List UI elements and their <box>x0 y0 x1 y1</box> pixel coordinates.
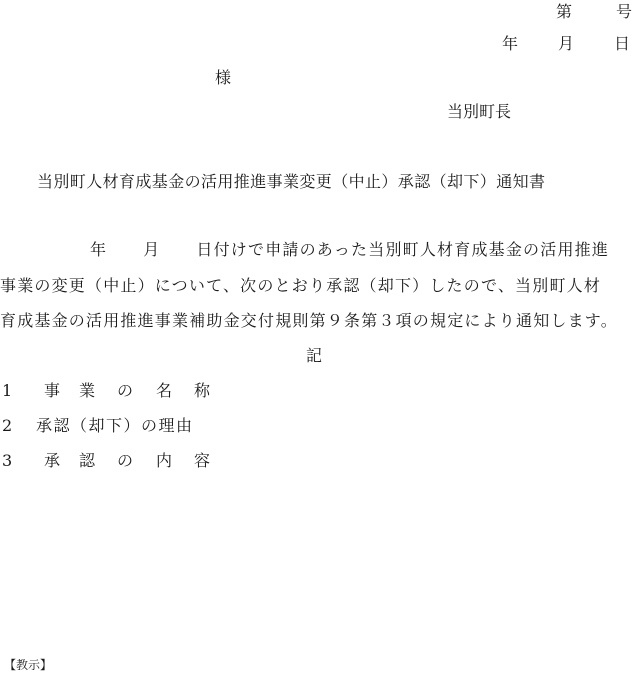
footer-note-text: 【教示】 <box>4 658 52 672</box>
item-1: 1 事 業 の 名 称 <box>2 381 220 401</box>
body-line-1-text: 日付けで申請のあった当別町人材育成基金の活用推進 <box>196 240 609 259</box>
item-2-number: 2 <box>2 416 36 436</box>
sender: 当別町長 <box>447 102 511 122</box>
item-1-number: 1 <box>2 381 36 401</box>
body-line-3-text: 育成基金の活用推進事業補助金交付規則第９条第３項の規定により通知します。 <box>0 311 618 330</box>
item-3: 3 承 認 の 内 容 <box>2 451 220 471</box>
date-year: 年 <box>502 34 518 53</box>
body-line-2: 事業の変更（中止）について、次のとおり承認（却下）したので、当別町人材 <box>0 276 601 296</box>
document-title: 当別町人材育成基金の活用推進事業変更（中止）承認（却下）通知書 <box>37 172 545 192</box>
item-3-char: 認 <box>68 451 106 471</box>
item-1-char: 称 <box>184 381 220 401</box>
number-suffix: 号 <box>616 2 632 21</box>
ki-text: 記 <box>306 346 322 365</box>
item-3-char: 容 <box>184 451 220 471</box>
item-1-char: 業 <box>68 381 106 401</box>
body-month: 月 <box>143 240 160 259</box>
item-3-number: 3 <box>2 451 36 471</box>
item-3-char: の <box>106 451 144 471</box>
item-1-char: 事 <box>36 381 68 401</box>
footer-note: 【教示】 <box>4 657 52 673</box>
date-month: 月 <box>558 34 574 53</box>
body-year: 年 <box>90 240 107 259</box>
issue-date: 年月日 <box>502 34 630 54</box>
item-1-char: 名 <box>144 381 184 401</box>
recipient: 様 <box>215 68 231 88</box>
document-number: 第号 <box>556 2 632 22</box>
sender-name: 当別町長 <box>447 102 511 121</box>
item-2-label: 承認（却下）の理由 <box>36 416 194 435</box>
item-3-char: 承 <box>36 451 68 471</box>
number-prefix: 第 <box>556 2 572 21</box>
ki-heading: 記 <box>306 346 322 366</box>
body-line-1: 年月日付けで申請のあった当別町人材育成基金の活用推進 <box>90 240 609 260</box>
body-line-3: 育成基金の活用推進事業補助金交付規則第９条第３項の規定により通知します。 <box>0 311 618 331</box>
item-1-char: の <box>106 381 144 401</box>
title-text: 当別町人材育成基金の活用推進事業変更（中止）承認（却下）通知書 <box>37 172 545 191</box>
body-line-2-text: 事業の変更（中止）について、次のとおり承認（却下）したので、当別町人材 <box>0 276 601 295</box>
item-2: 2承認（却下）の理由 <box>2 416 194 436</box>
date-day: 日 <box>614 34 630 53</box>
item-3-char: 内 <box>144 451 184 471</box>
recipient-suffix: 様 <box>215 68 231 87</box>
